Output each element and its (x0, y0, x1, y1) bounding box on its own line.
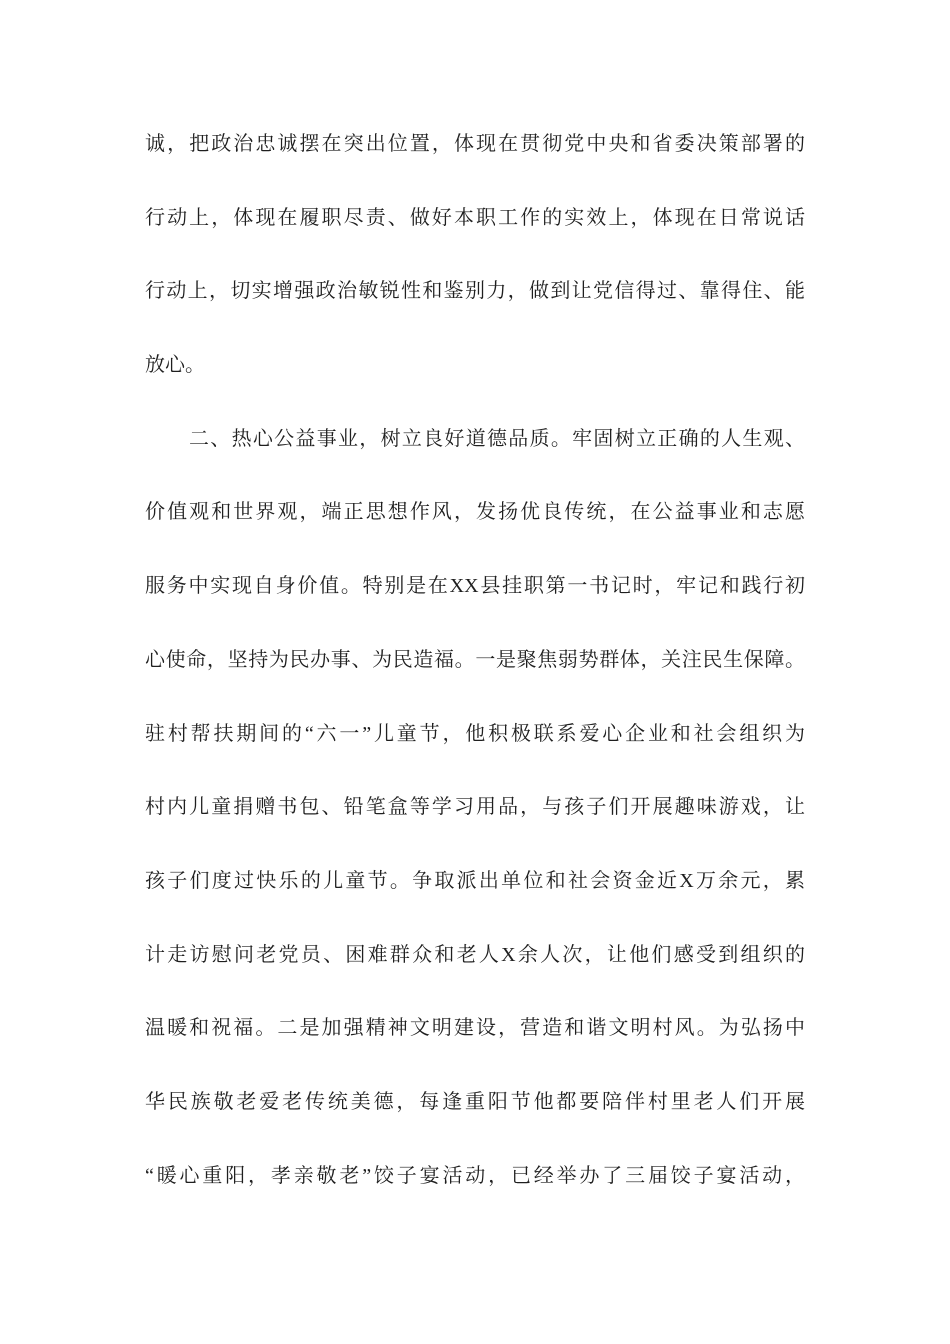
text-line: 价值观和世界观，端正思想作风，发扬优良传统，在公益事业和志愿 (145, 476, 805, 550)
text-line: 孩子们度过快乐的儿童节。争取派出单位和社会资金近X万余元，累 (145, 845, 805, 919)
text-line: 行动上，切实增强政治敏锐性和鉴别力，做到让党信得过、靠得住、能 (145, 255, 805, 329)
document-page: 诚，把政治忠诚摆在突出位置，体现在贯彻党中央和省委决策部署的 行动上，体现在履职… (0, 0, 950, 1344)
text-line: 二、热心公益事业，树立良好道德品质。牢固树立正确的人生观、 (145, 403, 805, 477)
text-line: 温暖和祝福。二是加强精神文明建设，营造和谐文明村风。为弘扬中 (145, 992, 805, 1066)
text-line: 放心。 (145, 329, 805, 403)
text-line: 计走访慰问老党员、困难群众和老人X余人次，让他们感受到组织的 (145, 919, 805, 993)
text-line: 心使命，坚持为民办事、为民造福。一是聚焦弱势群体，关注民生保障。 (145, 624, 805, 698)
text-line: 驻村帮扶期间的“六一”儿童节，他积极联系爱心企业和社会组织为 (145, 698, 805, 772)
text-line: 服务中实现自身价值。特别是在XX县挂职第一书记时，牢记和践行初 (145, 550, 805, 624)
document-body: 诚，把政治忠诚摆在突出位置，体现在贯彻党中央和省委决策部署的 行动上，体现在履职… (145, 108, 805, 1213)
text-line: 诚，把政治忠诚摆在突出位置，体现在贯彻党中央和省委决策部署的 (145, 108, 805, 182)
text-line: 行动上，体现在履职尽责、做好本职工作的实效上，体现在日常说话 (145, 182, 805, 256)
text-line: 华民族敬老爱老传统美德，每逢重阳节他都要陪伴村里老人们开展 (145, 1066, 805, 1140)
text-line: “暖心重阳，孝亲敬老”饺子宴活动，已经举办了三届饺子宴活动， (145, 1140, 805, 1214)
text-line: 村内儿童捐赠书包、铅笔盒等学习用品，与孩子们开展趣味游戏，让 (145, 771, 805, 845)
